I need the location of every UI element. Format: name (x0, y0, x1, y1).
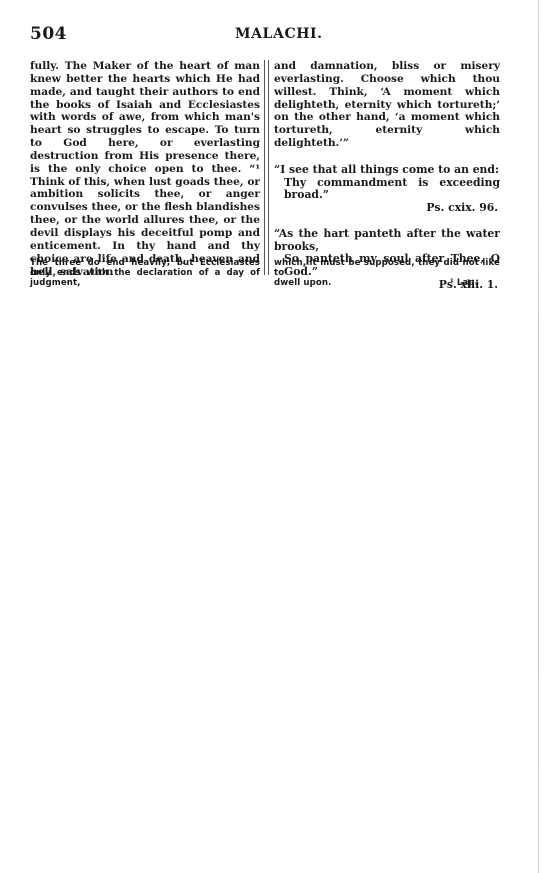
quote-line: “As the hart panteth after the water bro… (274, 228, 500, 253)
running-head: MALACHI. (235, 26, 323, 42)
page-number: 504 (30, 24, 67, 44)
scan-noise (25, 285, 505, 845)
left-column: fully. The Maker of the heart of man kne… (30, 60, 260, 278)
quote-line: “I see that all things come to an end: (274, 164, 500, 177)
footnote-text: dwell upon. (274, 279, 331, 289)
footnote-right: which, it must be supposed, they did not… (274, 259, 500, 288)
right-column: and damnation, bliss or misery everlasti… (274, 60, 500, 291)
quote-line: Thy commandment is exceeding broad.” (274, 177, 500, 202)
left-body-text: fully. The Maker of the heart of man kne… (30, 60, 260, 278)
footnote-left: The three do end heavily; but Ecclesiast… (30, 259, 260, 288)
footnote-line: which, it must be supposed, they did not… (274, 259, 500, 279)
verse-quote-1: “I see that all things come to an end: T… (274, 164, 500, 214)
column-divider (264, 60, 269, 275)
quote-citation: Ps. cxix. 96. (274, 202, 500, 215)
footnote-line-2: dwell upon. ¹ Lap. (274, 279, 500, 289)
footnote-reference: ¹ Lap. (450, 279, 500, 289)
page-edge-line (538, 0, 539, 873)
right-body-text: and damnation, bliss or misery everlasti… (274, 60, 500, 150)
